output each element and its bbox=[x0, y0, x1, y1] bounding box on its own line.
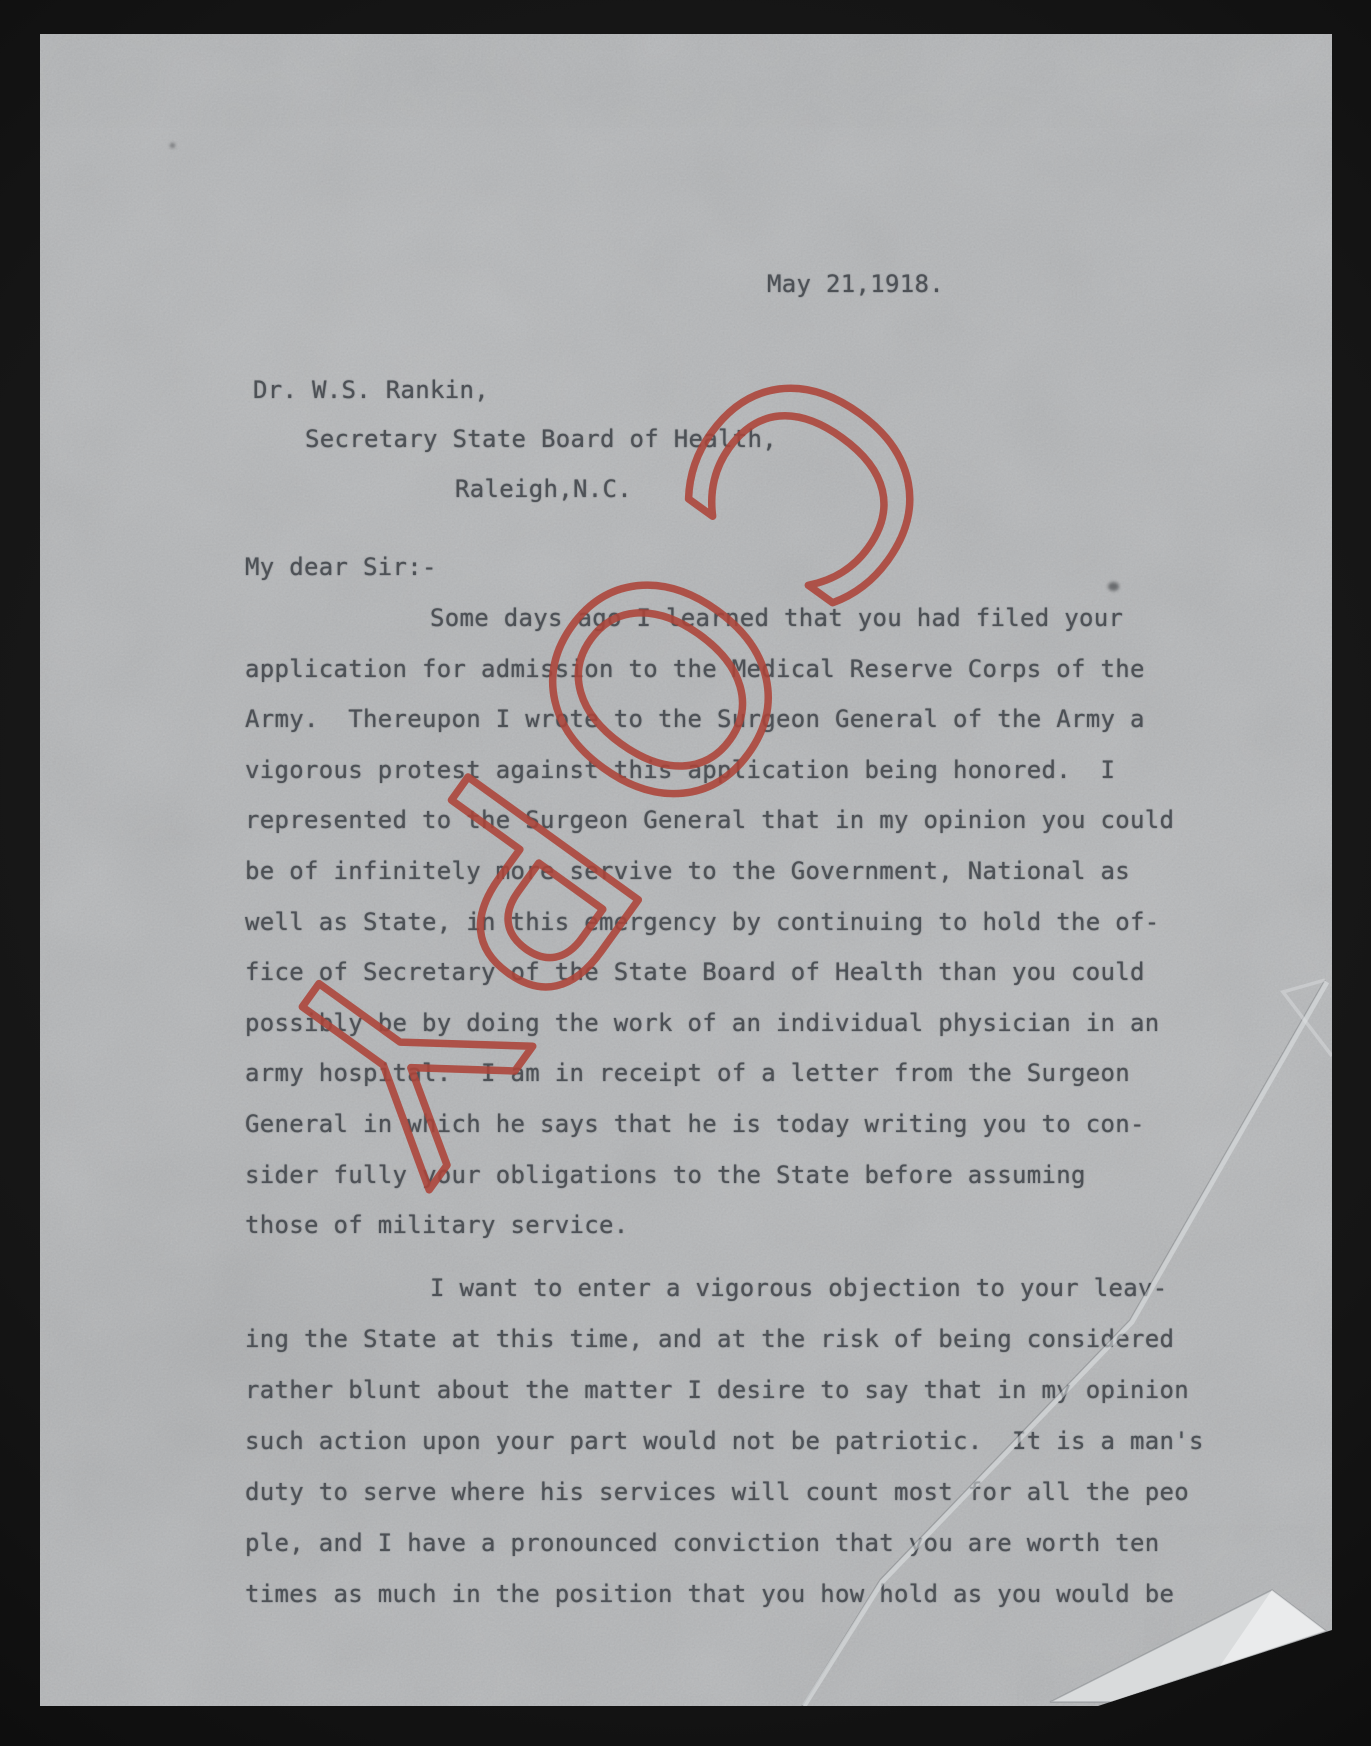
recipient-city-line: Raleigh,N.C. bbox=[455, 474, 632, 504]
letter-line: times as much in the position that you h… bbox=[245, 1569, 1204, 1620]
date-line: May 21,1918. bbox=[767, 269, 944, 299]
letter-line: I want to enter a vigorous objection to … bbox=[245, 1263, 1204, 1314]
recipient-name-line: Dr. W.S. Rankin, bbox=[253, 375, 489, 405]
letter-line: ple, and I have a pronounced conviction … bbox=[245, 1518, 1204, 1569]
letter-line: army hospital. I am in receipt of a lett… bbox=[245, 1048, 1174, 1099]
salutation-line: My dear Sir:- bbox=[245, 552, 437, 582]
letter-line: possibly be by doing the work of an indi… bbox=[245, 998, 1174, 1049]
letter-line: well as State, in this emergency by cont… bbox=[245, 897, 1174, 948]
letter-line: duty to serve where his services will co… bbox=[245, 1467, 1204, 1518]
ink-smudge bbox=[1108, 582, 1119, 591]
letter-line: application for admission to the Medical… bbox=[245, 644, 1174, 695]
letter-line: those of military service. bbox=[245, 1200, 1174, 1251]
letter-line: such action upon your part would not be … bbox=[245, 1416, 1204, 1467]
body-paragraph-2: I want to enter a vigorous objection to … bbox=[245, 1263, 1204, 1620]
letter-page: May 21,1918. Dr. W.S. Rankin, Secretary … bbox=[40, 34, 1332, 1706]
letter-line: sider fully your obligations to the Stat… bbox=[245, 1150, 1174, 1201]
typewritten-text-layer: May 21,1918. Dr. W.S. Rankin, Secretary … bbox=[40, 34, 1332, 1706]
letter-line: rather blunt about the matter I desire t… bbox=[245, 1365, 1204, 1416]
letter-line: vigorous protest against this applicatio… bbox=[245, 745, 1174, 796]
letter-line: Army. Thereupon I wrote to the Surgeon G… bbox=[245, 694, 1174, 745]
ink-smudge bbox=[170, 143, 175, 148]
letter-line: ing the State at this time, and at the r… bbox=[245, 1314, 1204, 1365]
letter-line: be of infinitely more servive to the Gov… bbox=[245, 846, 1174, 897]
letter-line: General in which he says that he is toda… bbox=[245, 1099, 1174, 1150]
letter-line: fice of Secretary of the State Board of … bbox=[245, 947, 1174, 998]
letter-line: represented to the Surgeon General that … bbox=[245, 795, 1174, 846]
scan-background: May 21,1918. Dr. W.S. Rankin, Secretary … bbox=[0, 0, 1371, 1746]
letter-line: Some days ago I learned that you had fil… bbox=[245, 593, 1174, 644]
body-paragraph-1: Some days ago I learned that you had fil… bbox=[245, 593, 1174, 1251]
recipient-title-line: Secretary State Board of Health, bbox=[305, 424, 777, 454]
